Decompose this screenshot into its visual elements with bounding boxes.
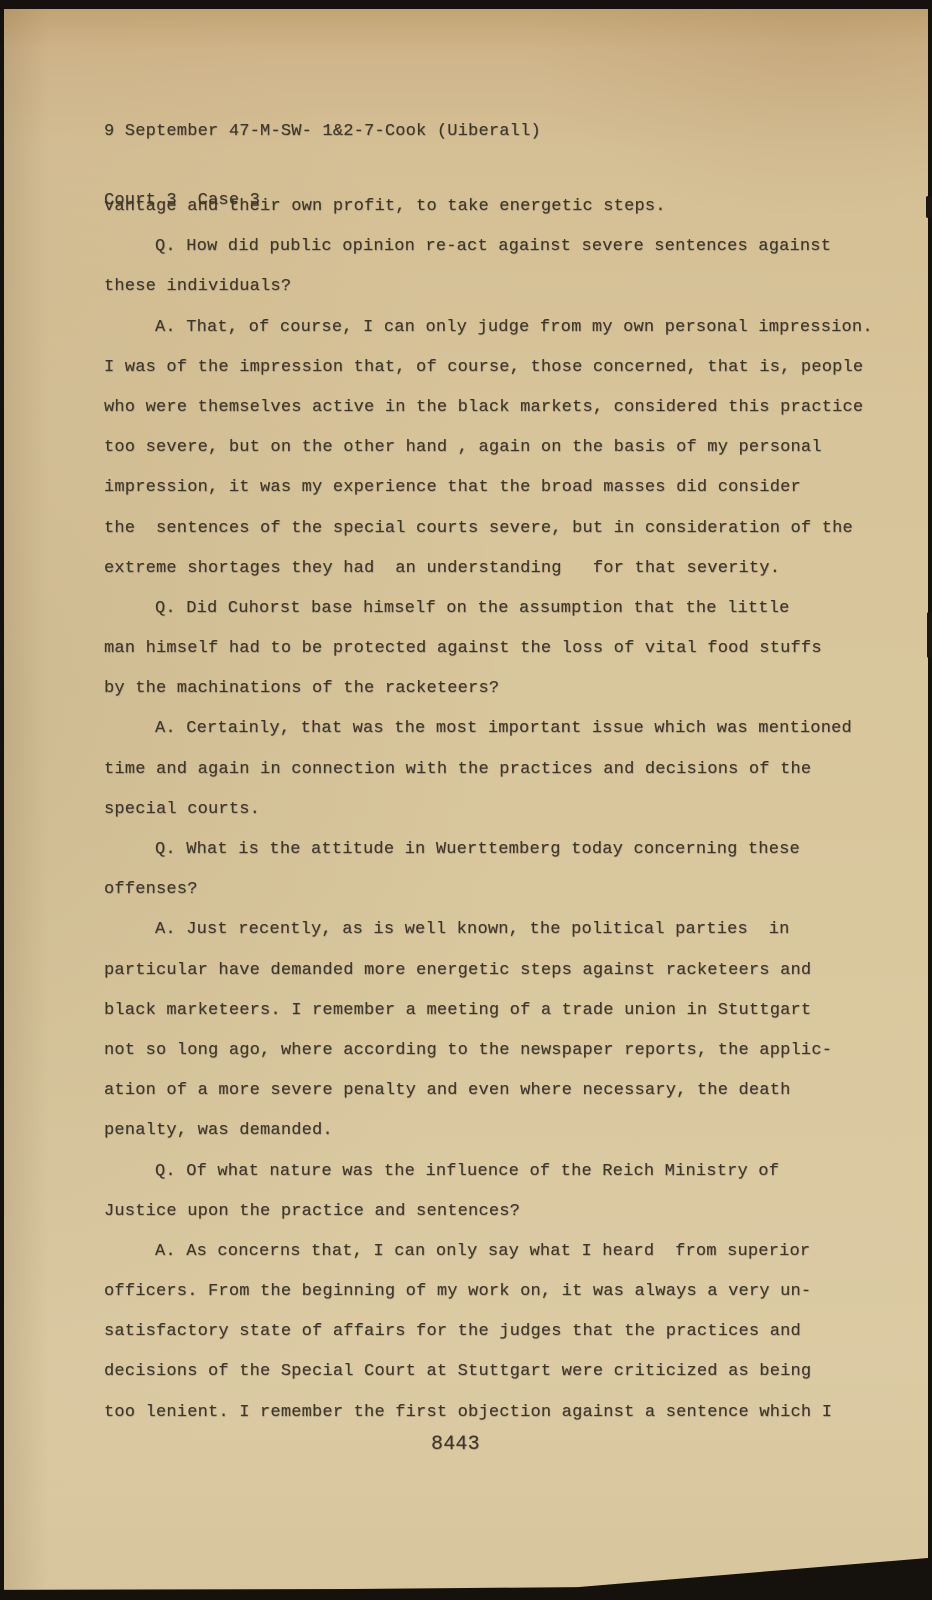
document-body: vantage and their own profit, to take en… <box>104 187 894 1433</box>
text-line: Q. Of what nature was the influence of t… <box>104 1152 894 1192</box>
text-line: vantage and their own profit, to take en… <box>104 187 894 227</box>
text-line: Q. Did Cuhorst base himself on the assum… <box>104 589 894 629</box>
text-line: by the machinations of the racketeers? <box>104 669 894 709</box>
text-line: decisions of the Special Court at Stuttg… <box>104 1352 894 1392</box>
text-line: offenses? <box>104 870 894 910</box>
text-line: particular have demanded more energetic … <box>104 951 894 991</box>
text-line: Justice upon the practice and sentences? <box>104 1192 894 1232</box>
text-line: the sentences of the special courts seve… <box>104 509 894 549</box>
text-line: A. As concerns that, I can only say what… <box>104 1232 894 1272</box>
text-line: not so long ago, where according to the … <box>104 1031 894 1071</box>
text-line: Q. What is the attitude in Wuerttemberg … <box>104 830 894 870</box>
scan-edge-artifact <box>926 196 932 218</box>
scan-edge-top <box>0 0 932 9</box>
text-line: black marketeers. I remember a meeting o… <box>104 991 894 1031</box>
scan-edge-artifact <box>927 612 932 658</box>
text-line: impression, it was my experience that th… <box>104 468 894 508</box>
text-line: officers. From the beginning of my work … <box>104 1272 894 1312</box>
text-line: A. Certainly, that was the most importan… <box>104 709 894 749</box>
text-line: man himself had to be protected against … <box>104 629 894 669</box>
text-line: time and again in connection with the pr… <box>104 750 894 790</box>
text-line: extreme shortages they had an understand… <box>104 549 894 589</box>
text-line: these individuals? <box>104 267 894 307</box>
scan-edge-left <box>0 0 4 1600</box>
scanned-document-page: { "document": { "header": { "line1": "9 … <box>0 0 932 1600</box>
text-line: ation of a more severe penalty and even … <box>104 1071 894 1111</box>
header-dateline: 9 September 47-M-SW- 1&2-7-Cook (Uiberal… <box>104 120 541 143</box>
text-line: special courts. <box>104 790 894 830</box>
text-line: too severe, but on the other hand , agai… <box>104 428 894 468</box>
text-line: A. Just recently, as is well known, the … <box>104 910 894 950</box>
text-line: too lenient. I remember the first object… <box>104 1393 894 1433</box>
text-line: Q. How did public opinion re-act against… <box>104 227 894 267</box>
text-line: satisfactory state of affairs for the ju… <box>104 1312 894 1352</box>
scan-edge-right <box>928 0 932 1600</box>
page-number: 8443 <box>431 1428 480 1462</box>
text-line: I was of the impression that, of course,… <box>104 348 894 388</box>
text-line: A. That, of course, I can only judge fro… <box>104 308 894 348</box>
text-line: who were themselves active in the black … <box>104 388 894 428</box>
text-line: penalty, was demanded. <box>104 1111 894 1151</box>
